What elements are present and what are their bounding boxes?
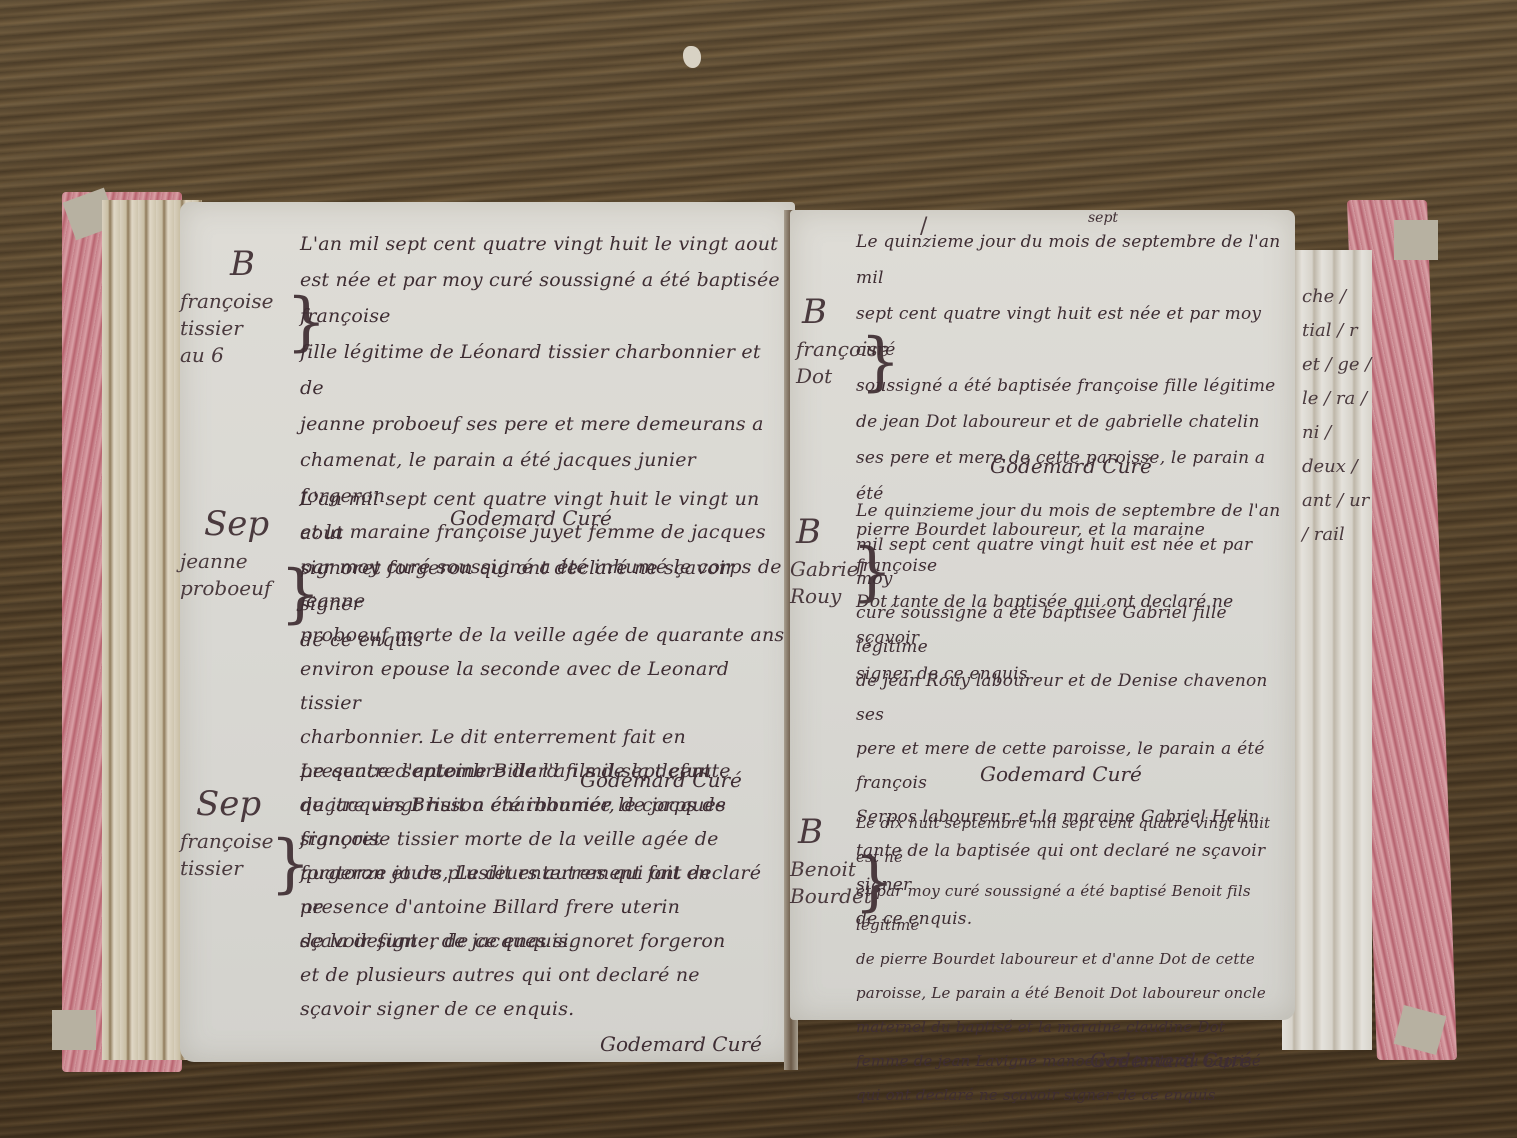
signature: Godemard Curé: [600, 1032, 762, 1056]
signature: Godemard Curé: [1090, 1048, 1252, 1072]
entry-text: Le quatre septembre de l'an mil sept cen…: [300, 754, 790, 1026]
margin-name: françoise tissier: [180, 829, 274, 880]
right-page: / sept B françoise Dot } Le quinzieme jo…: [790, 210, 1295, 1020]
margin-note-entry-2: Sep jeanne proboeuf: [180, 502, 290, 602]
record-type-code: Sep: [180, 502, 290, 548]
record-type-code: Sep: [180, 782, 290, 828]
margin-name: françoise tissier: [180, 289, 274, 340]
margin-name: jeanne proboeuf: [180, 549, 271, 600]
cover-corner-bottom-left: [52, 1010, 96, 1050]
margin-side-note: au 6: [180, 343, 224, 367]
left-page: B françoise tissier au 6 } L'an mil sept…: [180, 202, 795, 1062]
table-speck: [683, 46, 701, 68]
underlying-page-fragments: che / tial / r et / ge / le / ra / ni / …: [1302, 280, 1372, 552]
open-register-book: B françoise tissier au 6 } L'an mil sept…: [62, 180, 1442, 1080]
margin-note-entry-1: B françoise tissier au 6: [180, 242, 290, 369]
record-type-code: B: [180, 242, 290, 288]
cover-corner-top-right: [1394, 220, 1438, 260]
signature: Godemard Curé: [990, 454, 1152, 478]
signature: Godemard Curé: [980, 762, 1142, 786]
